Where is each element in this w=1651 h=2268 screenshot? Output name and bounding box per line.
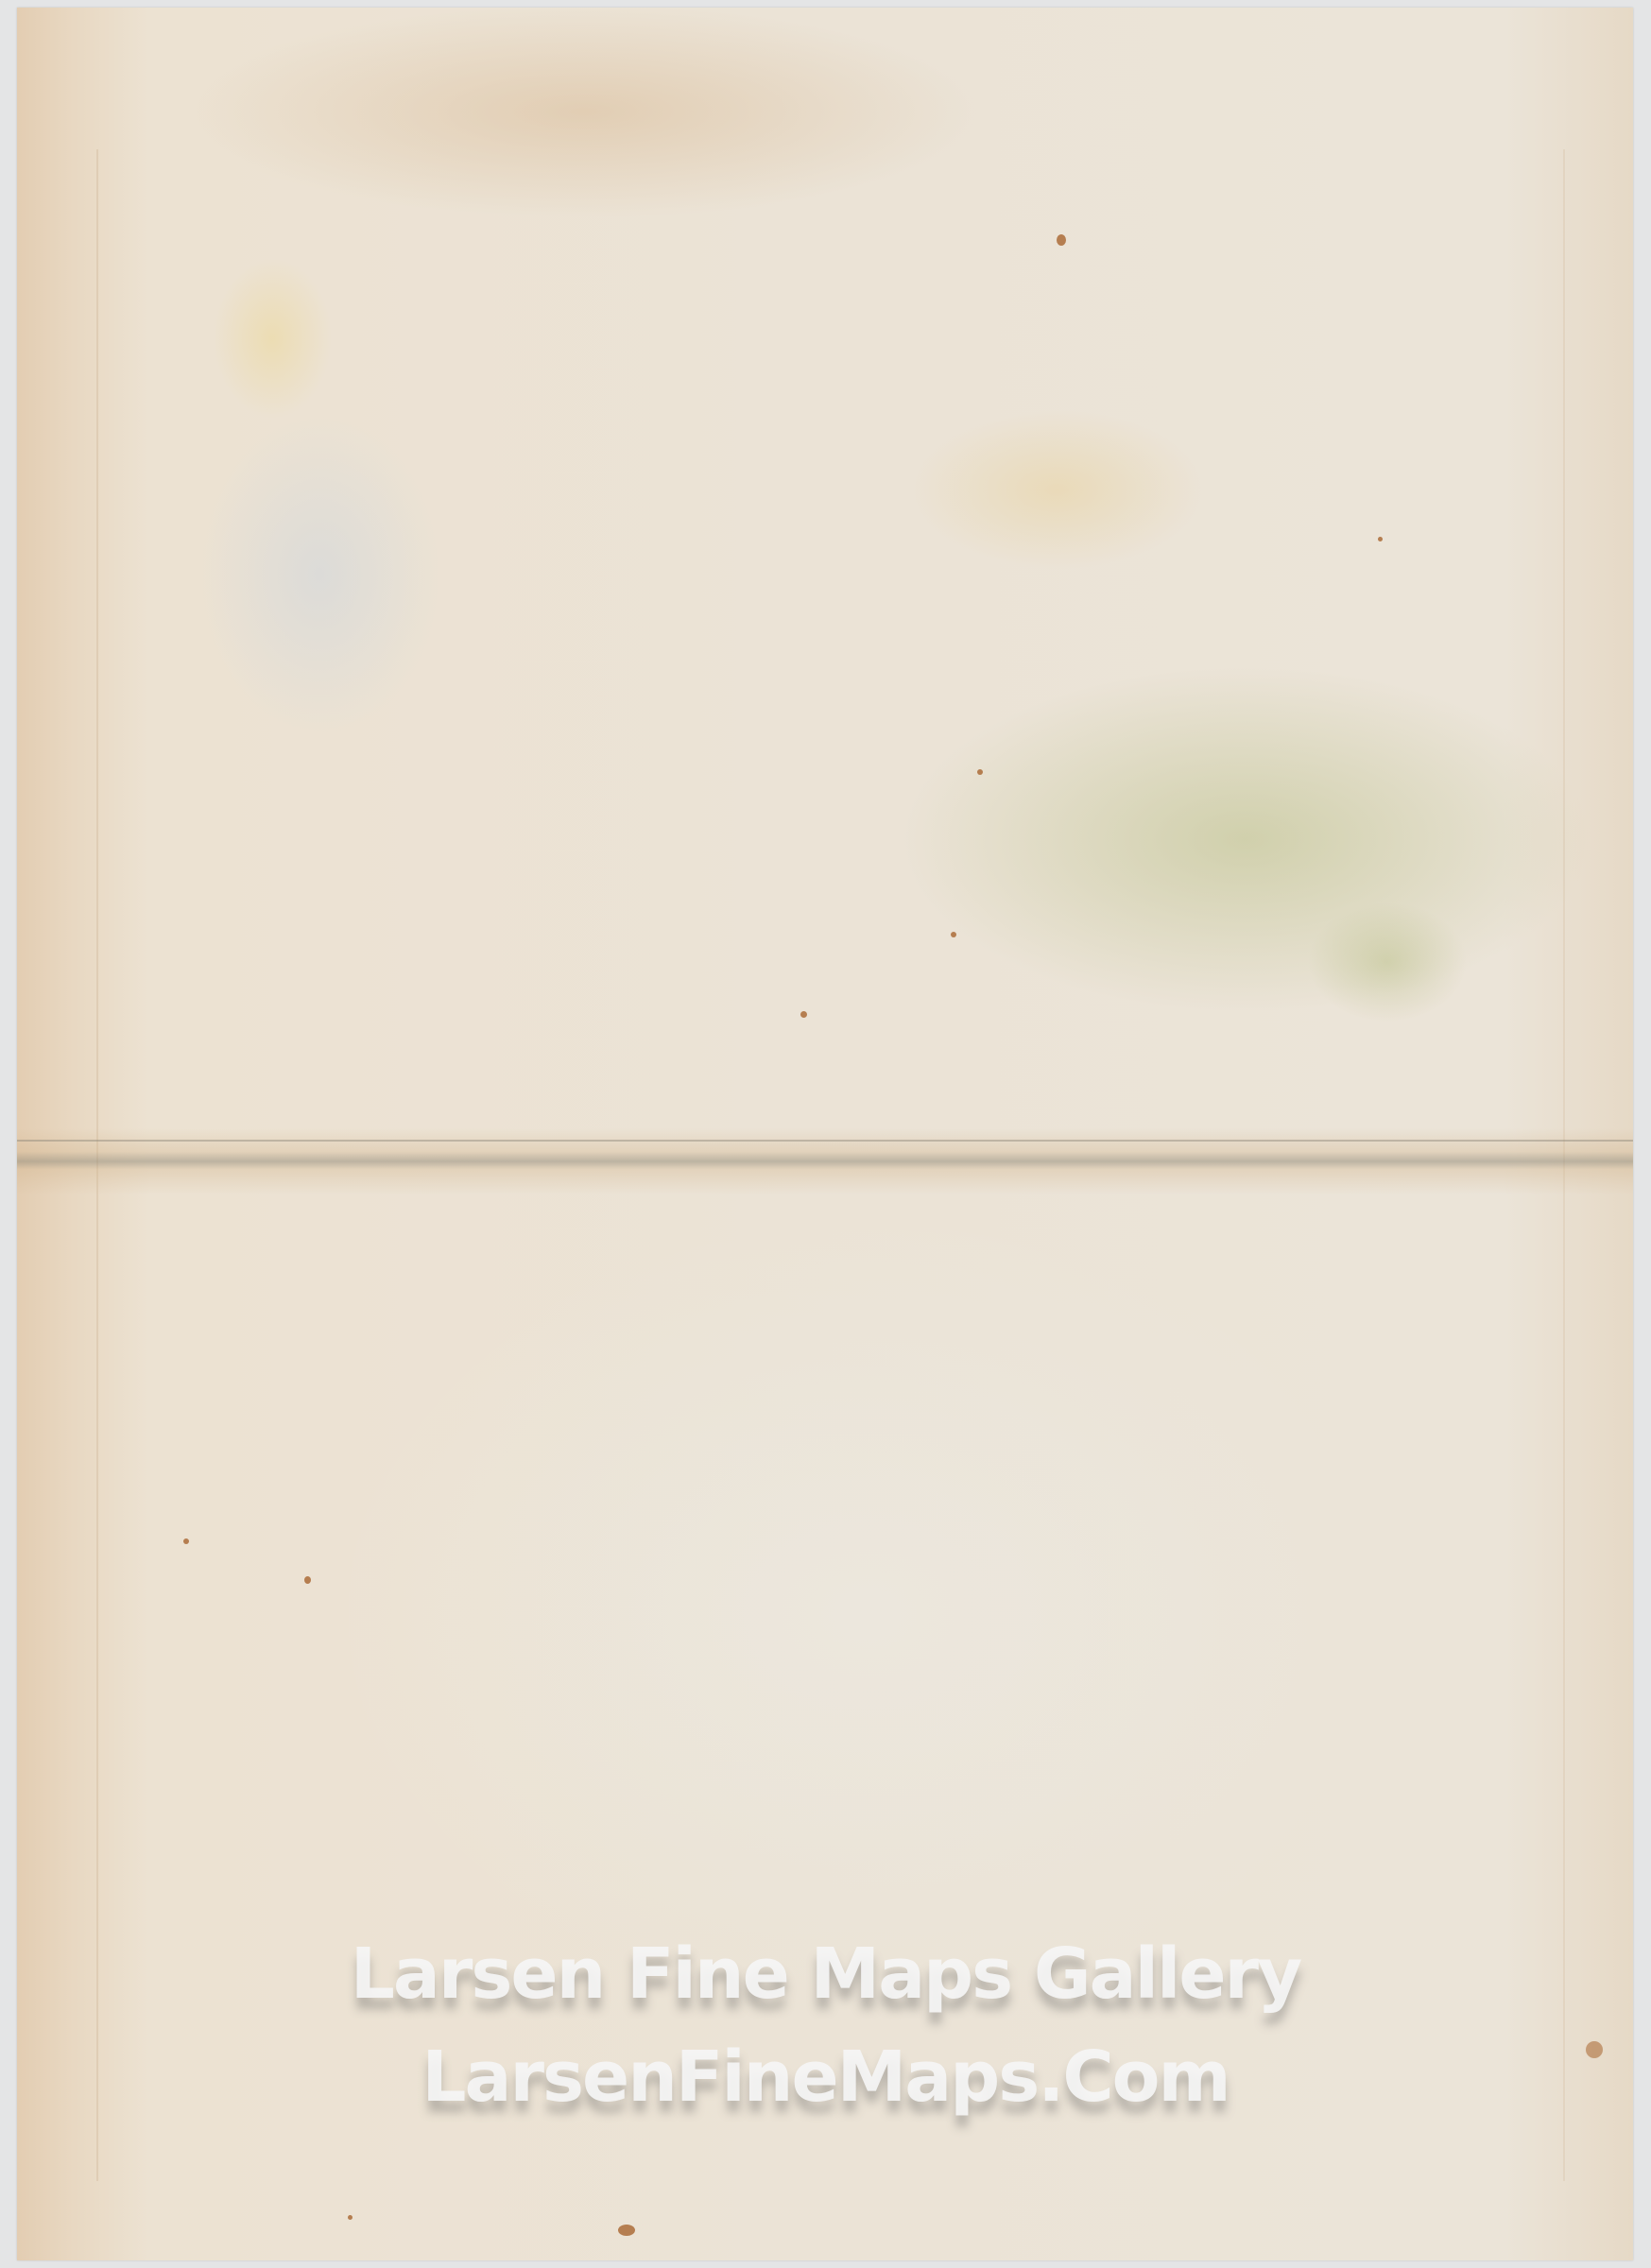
center-fold <box>17 1140 1633 1142</box>
foxing-spot <box>800 1011 807 1018</box>
fold-stain <box>17 1128 1633 1194</box>
foxing-spot <box>951 932 956 937</box>
watermark-website: LarsenFineMaps.Com <box>0 2036 1651 2118</box>
foxing-spot <box>618 2225 635 2236</box>
foxing-spot <box>183 1538 189 1544</box>
foxing-spot <box>1378 537 1383 541</box>
map-sheet-verso <box>17 8 1633 2260</box>
foxing-spot <box>1057 234 1066 246</box>
foxing-spot <box>977 769 983 775</box>
watermark-gallery-name: Larsen Fine Maps Gallery <box>0 1933 1651 2015</box>
foxing-spot <box>348 2215 353 2220</box>
foxing-spot <box>304 1576 311 1584</box>
